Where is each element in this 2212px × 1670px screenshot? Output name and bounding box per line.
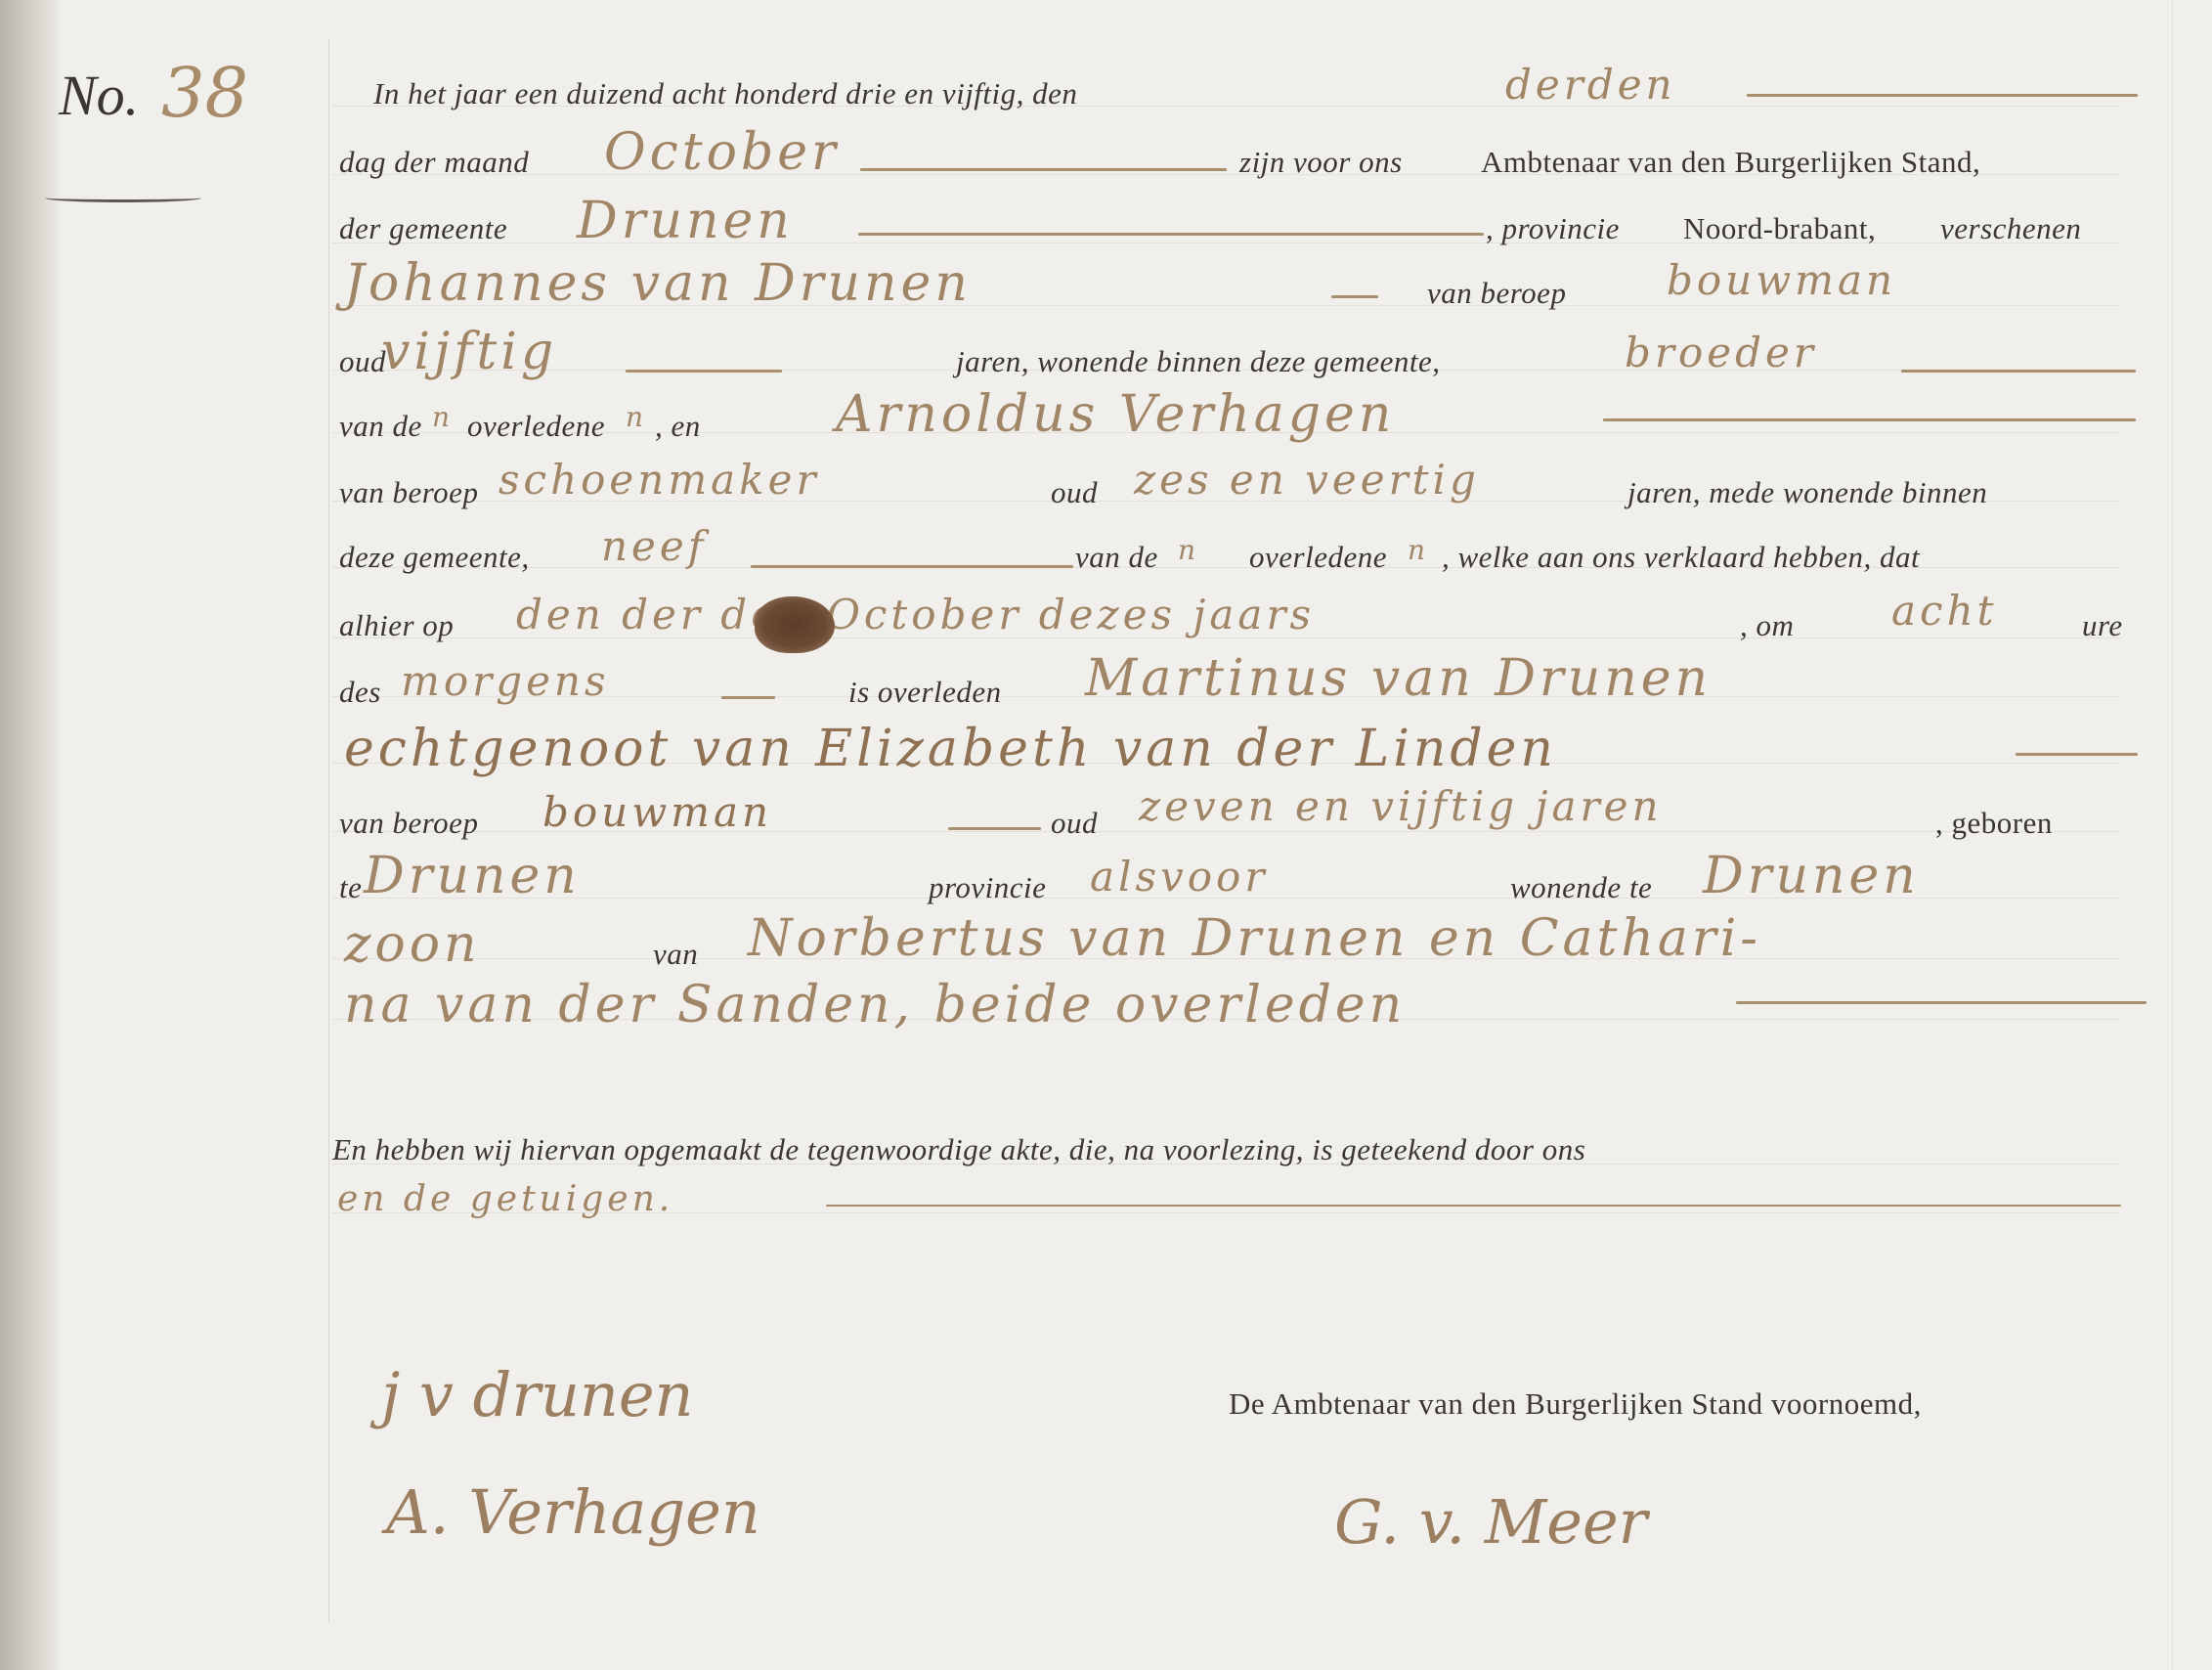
line8-printed-d: , welke aan ons verklaard hebben, dat <box>1442 540 1920 575</box>
fill-line <box>860 168 1227 171</box>
line10-printed-a: des <box>339 675 381 710</box>
fill-line <box>751 565 1073 568</box>
birthplace: Drunen <box>364 847 581 905</box>
fill-line <box>1747 94 2138 97</box>
certificate-number: 38 <box>161 53 248 133</box>
line6-printed-b: overledene <box>467 409 605 444</box>
municipality-handwritten: Drunen <box>577 192 794 250</box>
line13-printed-c: wonende te <box>1510 870 1652 905</box>
parents-names-continued: na van der Sanden, beide overleden <box>344 976 1406 1034</box>
line3-printed-b: , provincie <box>1486 211 1620 246</box>
official-signature: G. v. Meer <box>1334 1486 1647 1558</box>
parents-names: Norbertus van Drunen en Cathari- <box>748 909 1761 968</box>
line1-printed: In het jaar een duizend acht honderd dri… <box>373 76 1077 111</box>
witness-2-signature: A. Verhagen <box>386 1476 760 1548</box>
line13-printed-a: te <box>339 870 362 905</box>
line2-printed-a: dag der maand <box>339 145 529 180</box>
line3-printed-d: verschenen <box>1940 211 2081 246</box>
declarant2-age: zes en veertig <box>1134 456 1480 504</box>
residence: Drunen <box>1703 847 1920 905</box>
line6-hand-suffix-b: n <box>626 401 647 433</box>
line8-printed-c: overledene <box>1249 540 1387 575</box>
line7-printed-b: oud <box>1051 475 1098 510</box>
declarant2-name: Arnoldus Verhagen <box>836 385 1395 444</box>
left-margin-rule <box>328 39 329 1623</box>
line8-hand-suffix-a: n <box>1178 534 1199 566</box>
fill-line <box>721 696 775 699</box>
line6-printed-a: van de <box>339 409 422 444</box>
fill-line <box>858 233 1484 236</box>
declarant1-name: Johannes van Drunen <box>344 254 972 313</box>
witness-1-signature: j v drunen <box>381 1359 693 1430</box>
line12-printed-c: , geboren <box>1935 806 2053 841</box>
closing-handwritten: en de getuigen. <box>337 1179 673 1219</box>
line6-hand-suffix-a: n <box>432 401 454 433</box>
decorative-flourish <box>45 194 201 202</box>
deceased-spouse: echtgenoot van Elizabeth van der Linden <box>344 720 1557 778</box>
deceased-occupation: bouwman <box>542 788 772 836</box>
line10-printed-b: is overleden <box>848 675 1002 710</box>
birth-province: alsvoor <box>1090 853 1268 901</box>
certificate-number-label: No. <box>59 63 139 128</box>
line2-printed-b: zijn voor ons <box>1239 145 1403 180</box>
fill-line <box>1901 370 2136 373</box>
line9-printed-b: , om <box>1740 608 1794 643</box>
line8-printed-b: van de <box>1075 540 1158 575</box>
line2-printed-c: Ambtenaar van den Burgerlijken Stand, <box>1481 145 1980 180</box>
line8-hand-suffix-b: n <box>1408 534 1429 566</box>
fill-line <box>826 1205 2121 1207</box>
fill-line <box>1736 1001 2147 1004</box>
fill-line <box>1603 418 2136 421</box>
declarant1-age: vijftig <box>381 323 557 381</box>
right-margin-rule <box>2172 0 2173 1670</box>
declarant2-relation: neef <box>601 522 707 570</box>
ink-blot <box>755 596 835 653</box>
line3-printed-a: der gemeente <box>339 211 507 246</box>
line7-printed-c: jaren, mede wonende binnen <box>1627 475 1987 510</box>
official-caption: De Ambtenaar van den Burgerlijken Stand … <box>1229 1386 1922 1422</box>
death-date-handwritten: den der den October dezes jaars <box>516 591 1315 638</box>
line9-printed-c: ure <box>2082 608 2123 643</box>
province-printed: Noord-brabant, <box>1683 211 1876 246</box>
fill-line <box>948 827 1041 830</box>
line13-printed-b: provincie <box>929 870 1046 905</box>
line8-printed-a: deze gemeente, <box>339 540 530 575</box>
fill-line <box>626 370 782 373</box>
line4-printed: van beroep <box>1427 276 1566 311</box>
son-of-handwritten: zoon <box>344 915 481 974</box>
closing-statement: En hebben wij hiervan opgemaakt de tegen… <box>332 1132 1585 1167</box>
declarant1-relation: broeder <box>1625 329 1817 376</box>
line6-printed-c: , en <box>655 409 701 444</box>
time-of-day: morgens <box>401 657 610 705</box>
month-handwritten: October <box>604 123 840 182</box>
line5-printed-b: jaren, wonende binnen deze gemeente, <box>956 344 1440 379</box>
deceased-name: Martinus van Drunen <box>1085 649 1712 708</box>
death-hour: acht <box>1891 587 1998 635</box>
line12-printed-a: van beroep <box>339 806 478 841</box>
declarant1-occupation: bouwman <box>1667 256 1896 304</box>
declarant2-occupation: schoenmaker <box>499 456 820 504</box>
line14-printed: van <box>653 937 698 972</box>
line7-printed-a: van beroep <box>339 475 478 510</box>
line5-printed-a: oud <box>339 344 386 379</box>
line9-printed-a: alhier op <box>339 608 454 643</box>
deceased-age: zeven en vijftig jaren <box>1139 782 1663 830</box>
day-handwritten: derden <box>1505 61 1676 109</box>
book-spine-shadow <box>0 0 61 1670</box>
fill-line <box>1331 295 1378 298</box>
fill-line <box>2016 753 2138 756</box>
line12-printed-b: oud <box>1051 806 1098 841</box>
